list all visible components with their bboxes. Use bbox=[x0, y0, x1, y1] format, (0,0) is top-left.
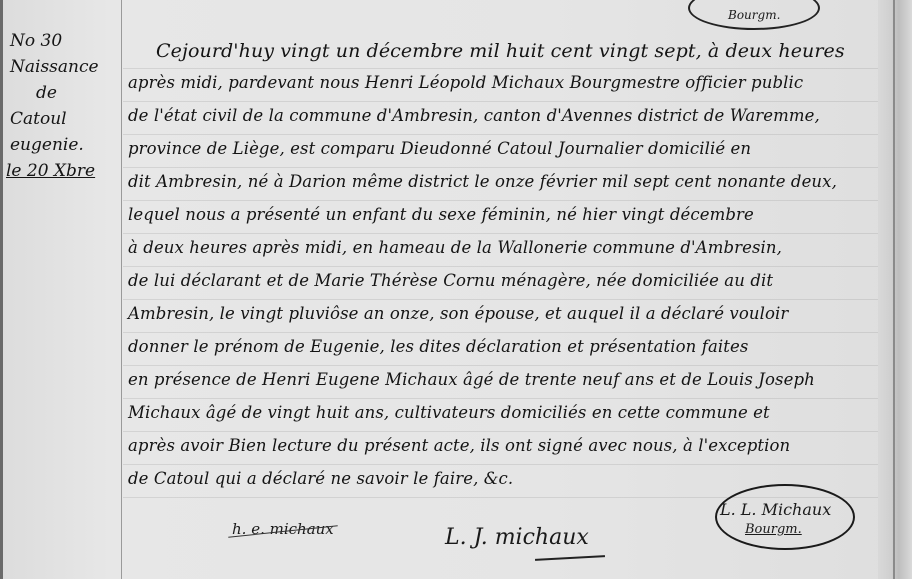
ruled-line bbox=[123, 266, 878, 267]
top-signature-title: Bourgm. bbox=[728, 8, 780, 22]
ruled-line bbox=[123, 200, 878, 201]
binding-rule-line bbox=[893, 0, 895, 579]
ruled-line bbox=[123, 464, 878, 465]
body-line: de l'état civil de la commune d'Ambresin… bbox=[128, 106, 820, 125]
ruled-line bbox=[123, 365, 878, 366]
body-line: Cejourd'huy vingt un décembre mil huit c… bbox=[156, 40, 845, 62]
ruled-line bbox=[123, 134, 878, 135]
witness-signature-2: L. J. michaux bbox=[445, 525, 589, 550]
body-line: de Catoul qui a déclaré ne savoir le fai… bbox=[128, 469, 513, 488]
officer-title: Bourgm. bbox=[745, 522, 802, 537]
page-left-edge bbox=[0, 0, 3, 579]
ruled-line bbox=[123, 299, 878, 300]
entry-date: le 20 Xbre bbox=[6, 158, 118, 184]
body-line: province de Liège, est comparu Dieudonné… bbox=[128, 139, 751, 158]
ruled-line bbox=[123, 167, 878, 168]
ruled-line bbox=[123, 398, 878, 399]
ruled-line bbox=[123, 431, 878, 432]
margin-annotation: No 30 Naissance de Catoul eugenie. le 20… bbox=[6, 28, 118, 184]
body-line: dit Ambresin, né à Darion même district … bbox=[128, 172, 837, 191]
body-line: Ambresin, le vingt pluviôse an onze, son… bbox=[128, 304, 788, 323]
ruled-line bbox=[123, 101, 878, 102]
body-line: Michaux âgé de vingt huit ans, cultivate… bbox=[128, 403, 770, 422]
margin-line: de bbox=[6, 80, 118, 106]
margin-rule-line bbox=[121, 0, 122, 579]
margin-line: Naissance bbox=[6, 54, 118, 80]
signature-underline bbox=[535, 555, 605, 561]
body-line: donner le prénom de Eugenie, les dites d… bbox=[128, 337, 748, 356]
entry-number: No 30 bbox=[6, 28, 118, 54]
officer-signature: L. L. Michaux bbox=[720, 500, 831, 519]
body-line: après avoir Bien lecture du présent acte… bbox=[128, 436, 790, 455]
page-binding-edge bbox=[878, 0, 912, 579]
body-line: en présence de Henri Eugene Michaux âgé … bbox=[128, 370, 815, 389]
register-page: Bourgm. No 30 Naissance de Catoul eugeni… bbox=[0, 0, 912, 579]
margin-line: eugenie. bbox=[6, 132, 118, 158]
margin-line: Catoul bbox=[6, 106, 118, 132]
body-line: après midi, pardevant nous Henri Léopold… bbox=[128, 73, 803, 92]
ruled-line bbox=[123, 68, 878, 69]
body-line: à deux heures après midi, en hameau de l… bbox=[128, 238, 782, 257]
body-line: lequel nous a présenté un enfant du sexe… bbox=[128, 205, 754, 224]
ruled-line bbox=[123, 332, 878, 333]
body-line: de lui déclarant et de Marie Thérèse Cor… bbox=[128, 271, 773, 290]
ruled-line bbox=[123, 233, 878, 234]
